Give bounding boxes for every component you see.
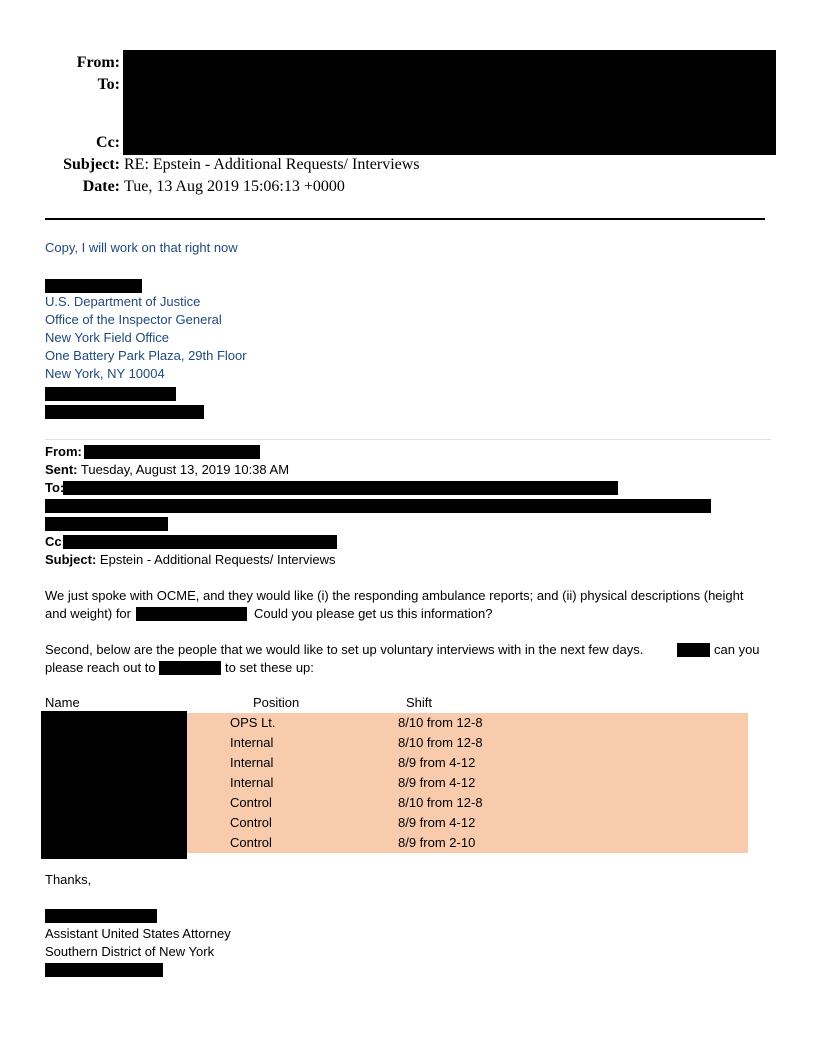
signature-line: New York, NY 10004	[45, 365, 247, 383]
orig-subject: Subject: Epstein - Additional Requests/ …	[45, 551, 336, 569]
redaction-subject-name	[136, 607, 247, 621]
orig-subject-value: Epstein - Additional Requests/ Interview…	[100, 552, 336, 567]
subject-label: Subject:	[0, 156, 120, 174]
orig-sent: Sent: Tuesday, August 13, 2019 10:38 AM	[45, 461, 289, 479]
redaction-attorney-name	[45, 909, 157, 923]
cell-shift: 8/9 from 4-12	[398, 815, 475, 830]
redaction-recipients	[123, 50, 776, 155]
orig-sent-label: Sent:	[45, 462, 78, 477]
cell-position: Internal	[230, 735, 273, 750]
redaction-orig-cc	[63, 535, 337, 549]
col-header-name: Name	[45, 695, 80, 710]
redaction-attorney-phone	[45, 963, 163, 977]
redaction-orig-to-2	[45, 499, 711, 513]
orig-to-label: To:	[45, 479, 64, 497]
cell-position: Internal	[230, 755, 273, 770]
redaction-phone	[45, 387, 176, 401]
signature-line: Southern District of New York	[45, 943, 231, 961]
signature-line: New York Field Office	[45, 329, 247, 347]
cell-shift: 8/10 from 12-8	[398, 795, 483, 810]
signature-line: One Battery Park Plaza, 29th Floor	[45, 347, 247, 365]
cell-position: Control	[230, 835, 272, 850]
para2-line1a: Second, below are the people that we wou…	[45, 641, 643, 659]
redaction-contact-2	[159, 661, 221, 675]
cell-position: Control	[230, 795, 272, 810]
closing: Thanks,	[45, 871, 91, 889]
cell-shift: 8/9 from 2-10	[398, 835, 475, 850]
signature-line: U.S. Department of Justice	[45, 293, 247, 311]
quoted-divider	[45, 439, 771, 440]
para1-line2b: Could you please get us this information…	[254, 605, 492, 623]
cell-shift: 8/10 from 12-8	[398, 715, 483, 730]
cell-shift: 8/10 from 12-8	[398, 735, 483, 750]
to-label: To:	[0, 76, 120, 94]
cc-label: Cc:	[0, 134, 120, 152]
cell-shift: 8/9 from 4-12	[398, 775, 475, 790]
cell-shift: 8/9 from 4-12	[398, 755, 475, 770]
cell-position: OPS Lt.	[230, 715, 276, 730]
redaction-names-column	[41, 711, 187, 859]
orig-subject-label: Subject:	[45, 552, 96, 567]
date-value: Tue, 13 Aug 2019 15:06:13 +0000	[124, 178, 345, 196]
redaction-sender-name	[45, 279, 142, 293]
col-header-shift: Shift	[406, 695, 432, 710]
redaction-orig-from	[84, 445, 260, 459]
para2-line2a: please reach out to	[45, 659, 156, 677]
redaction-orig-to-1	[63, 481, 618, 495]
para1-line1: We just spoke with OCME, and they would …	[45, 587, 743, 605]
redaction-contact-name	[677, 643, 710, 657]
signature-line: Assistant United States Attorney	[45, 925, 231, 943]
para1-line2a: and weight) for	[45, 605, 131, 623]
from-label: From:	[0, 54, 120, 72]
cell-position: Control	[230, 815, 272, 830]
orig-sent-value: Tuesday, August 13, 2019 10:38 AM	[81, 462, 289, 477]
orig-from-label: From:	[45, 443, 82, 461]
redaction-orig-to-3	[45, 517, 168, 531]
redaction-email	[45, 405, 204, 419]
para2-line1b: can you	[714, 641, 760, 659]
signature-line: Office of the Inspector General	[45, 311, 247, 329]
reply-body: Copy, I will work on that right now	[45, 239, 238, 257]
reply-signature: U.S. Department of Justice Office of the…	[45, 293, 247, 383]
para2-line2b: to set these up:	[225, 659, 314, 677]
attorney-signature: Assistant United States Attorney Souther…	[45, 925, 231, 961]
subject-value: RE: Epstein - Additional Requests/ Inter…	[124, 156, 420, 174]
header-divider	[45, 218, 765, 220]
cell-position: Internal	[230, 775, 273, 790]
col-header-position: Position	[253, 695, 299, 710]
date-label: Date:	[0, 178, 120, 196]
